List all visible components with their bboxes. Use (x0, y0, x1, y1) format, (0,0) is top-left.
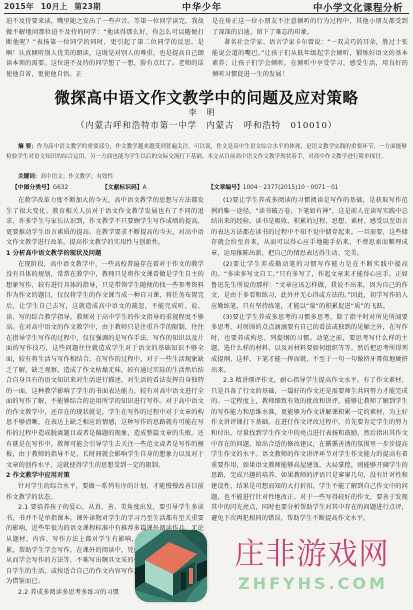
article-title: 微探高中语文作文教学中的问题及应对策略 (0, 86, 413, 108)
paragraph: (1)要让学生养成多阅读的习惯阅读是写作的基础，是获取写作范例的唯一途径。“读书… (211, 196, 408, 260)
watermark-brand-cn: 庄非游戏网 (214, 538, 410, 572)
document-code: 【文献标识码】A (102, 182, 147, 191)
author-affiliation: （内蒙古呼和浩特市第一中学 内蒙古 呼和浩特 010010） (0, 119, 413, 131)
keywords-label: 关键词： (18, 174, 40, 180)
abstract: 摘 要：作为高中语文教学的重要部分，作文教学越来越受到普遍关注。可以说，作文是高… (6, 142, 407, 162)
abstract-text: 作为高中语文教学的重要部分，作文教学越来越受到普遍关注。可以说，作文是高中生语文… (6, 144, 407, 160)
classification-row: 【中图分类号】G632 【文献标识码】A 【文章编号】1004－2377(201… (12, 182, 407, 192)
section-heading: 2 作文教学中应用对策 (6, 471, 204, 482)
journal-name: 中华少年 (182, 0, 222, 13)
keywords: 关键词：高中语文；作文教学；有效性 (18, 172, 113, 180)
paragraph: (3)要让学生养成多思考的习惯多思考，除了指平时对所见所闻要多思考，对周围的点点… (211, 313, 408, 377)
watermark-brand-en: ZHFYHS.COM (218, 574, 408, 594)
article-author: 李明 (0, 107, 413, 118)
article-number: 【文章编号】1004－2377(2015)10－0071－01 (208, 182, 338, 191)
keywords-text: 高中语文；作文教学；有效性 (40, 174, 113, 180)
paragraph: 针对学生的综合水平，要做一系列有序的计划，才能慢慢改善目前作文教学的状态。 (6, 482, 204, 503)
paragraph: 在教学改革力度不断加大的今天，高中语文教学的思想与方法都发生了很大变化。教育相关… (6, 196, 204, 249)
paragraph: 是在矫正这一位小朋友不注意倾听的行为过程中，其他小朋友都受到了深深的启迪，留下了… (212, 17, 408, 38)
section-heading: 1 分析高中语文教学的现状及问题 (6, 249, 204, 260)
section-name: 中小学文化课程分析 (313, 0, 403, 14)
paragraph: 在现阶段，高中语文教学中，一些高校普遍存在着对于作文的教学没有具体的规划，常常在… (6, 260, 204, 472)
journal-page: 2015年 10月上 第23期 中华少年 中小学文化课程分析 迫不及待要来读，嘴… (0, 0, 413, 610)
abstract-label: 摘 要： (18, 144, 37, 150)
page-header: 2015年 10月上 第23期 中华少年 中小学文化课程分析 (4, 0, 409, 14)
issue-info: 2015年 10月上 第23期 (4, 1, 101, 12)
paragraph: 迫不及待要来读，嘴里随之发出了一些声音。等第一位同学读完，我故做不解地问那位迫不… (6, 17, 204, 81)
paragraph: 著名社会学家、语言学家卡尔曾说：“一双灵巧的耳朵，胜过十张能说会道的嘴巴。”让孩… (212, 38, 408, 80)
prev-article-left-column: 迫不及待要来读，嘴里随之发出了一些声音。等第一位同学读完，我故做不解地问那位迫不… (6, 17, 204, 81)
clc-code: 【中图分类号】G632 (12, 182, 68, 191)
body-right-column: (1)要让学生养成多阅读的习惯阅读是写作的基础，是获取写作范例的唯一途径。“读书… (211, 196, 408, 524)
paragraph: 2.3 精讲细评作文，耐心指导学生提高作文水平。有了作文素材，只是具备了行文的基… (211, 376, 408, 524)
prev-article-right-column: 是在矫正这一位小朋友不注意倾听的行为过程中，其他小朋友都受到了深深的启迪，留下了… (212, 17, 408, 81)
paragraph: (2)要让学生养成勤动笔的习惯写作能力是在不断实践中提高的。“多读多写文自工。”… (211, 260, 408, 313)
house-app-icon (135, 530, 207, 602)
